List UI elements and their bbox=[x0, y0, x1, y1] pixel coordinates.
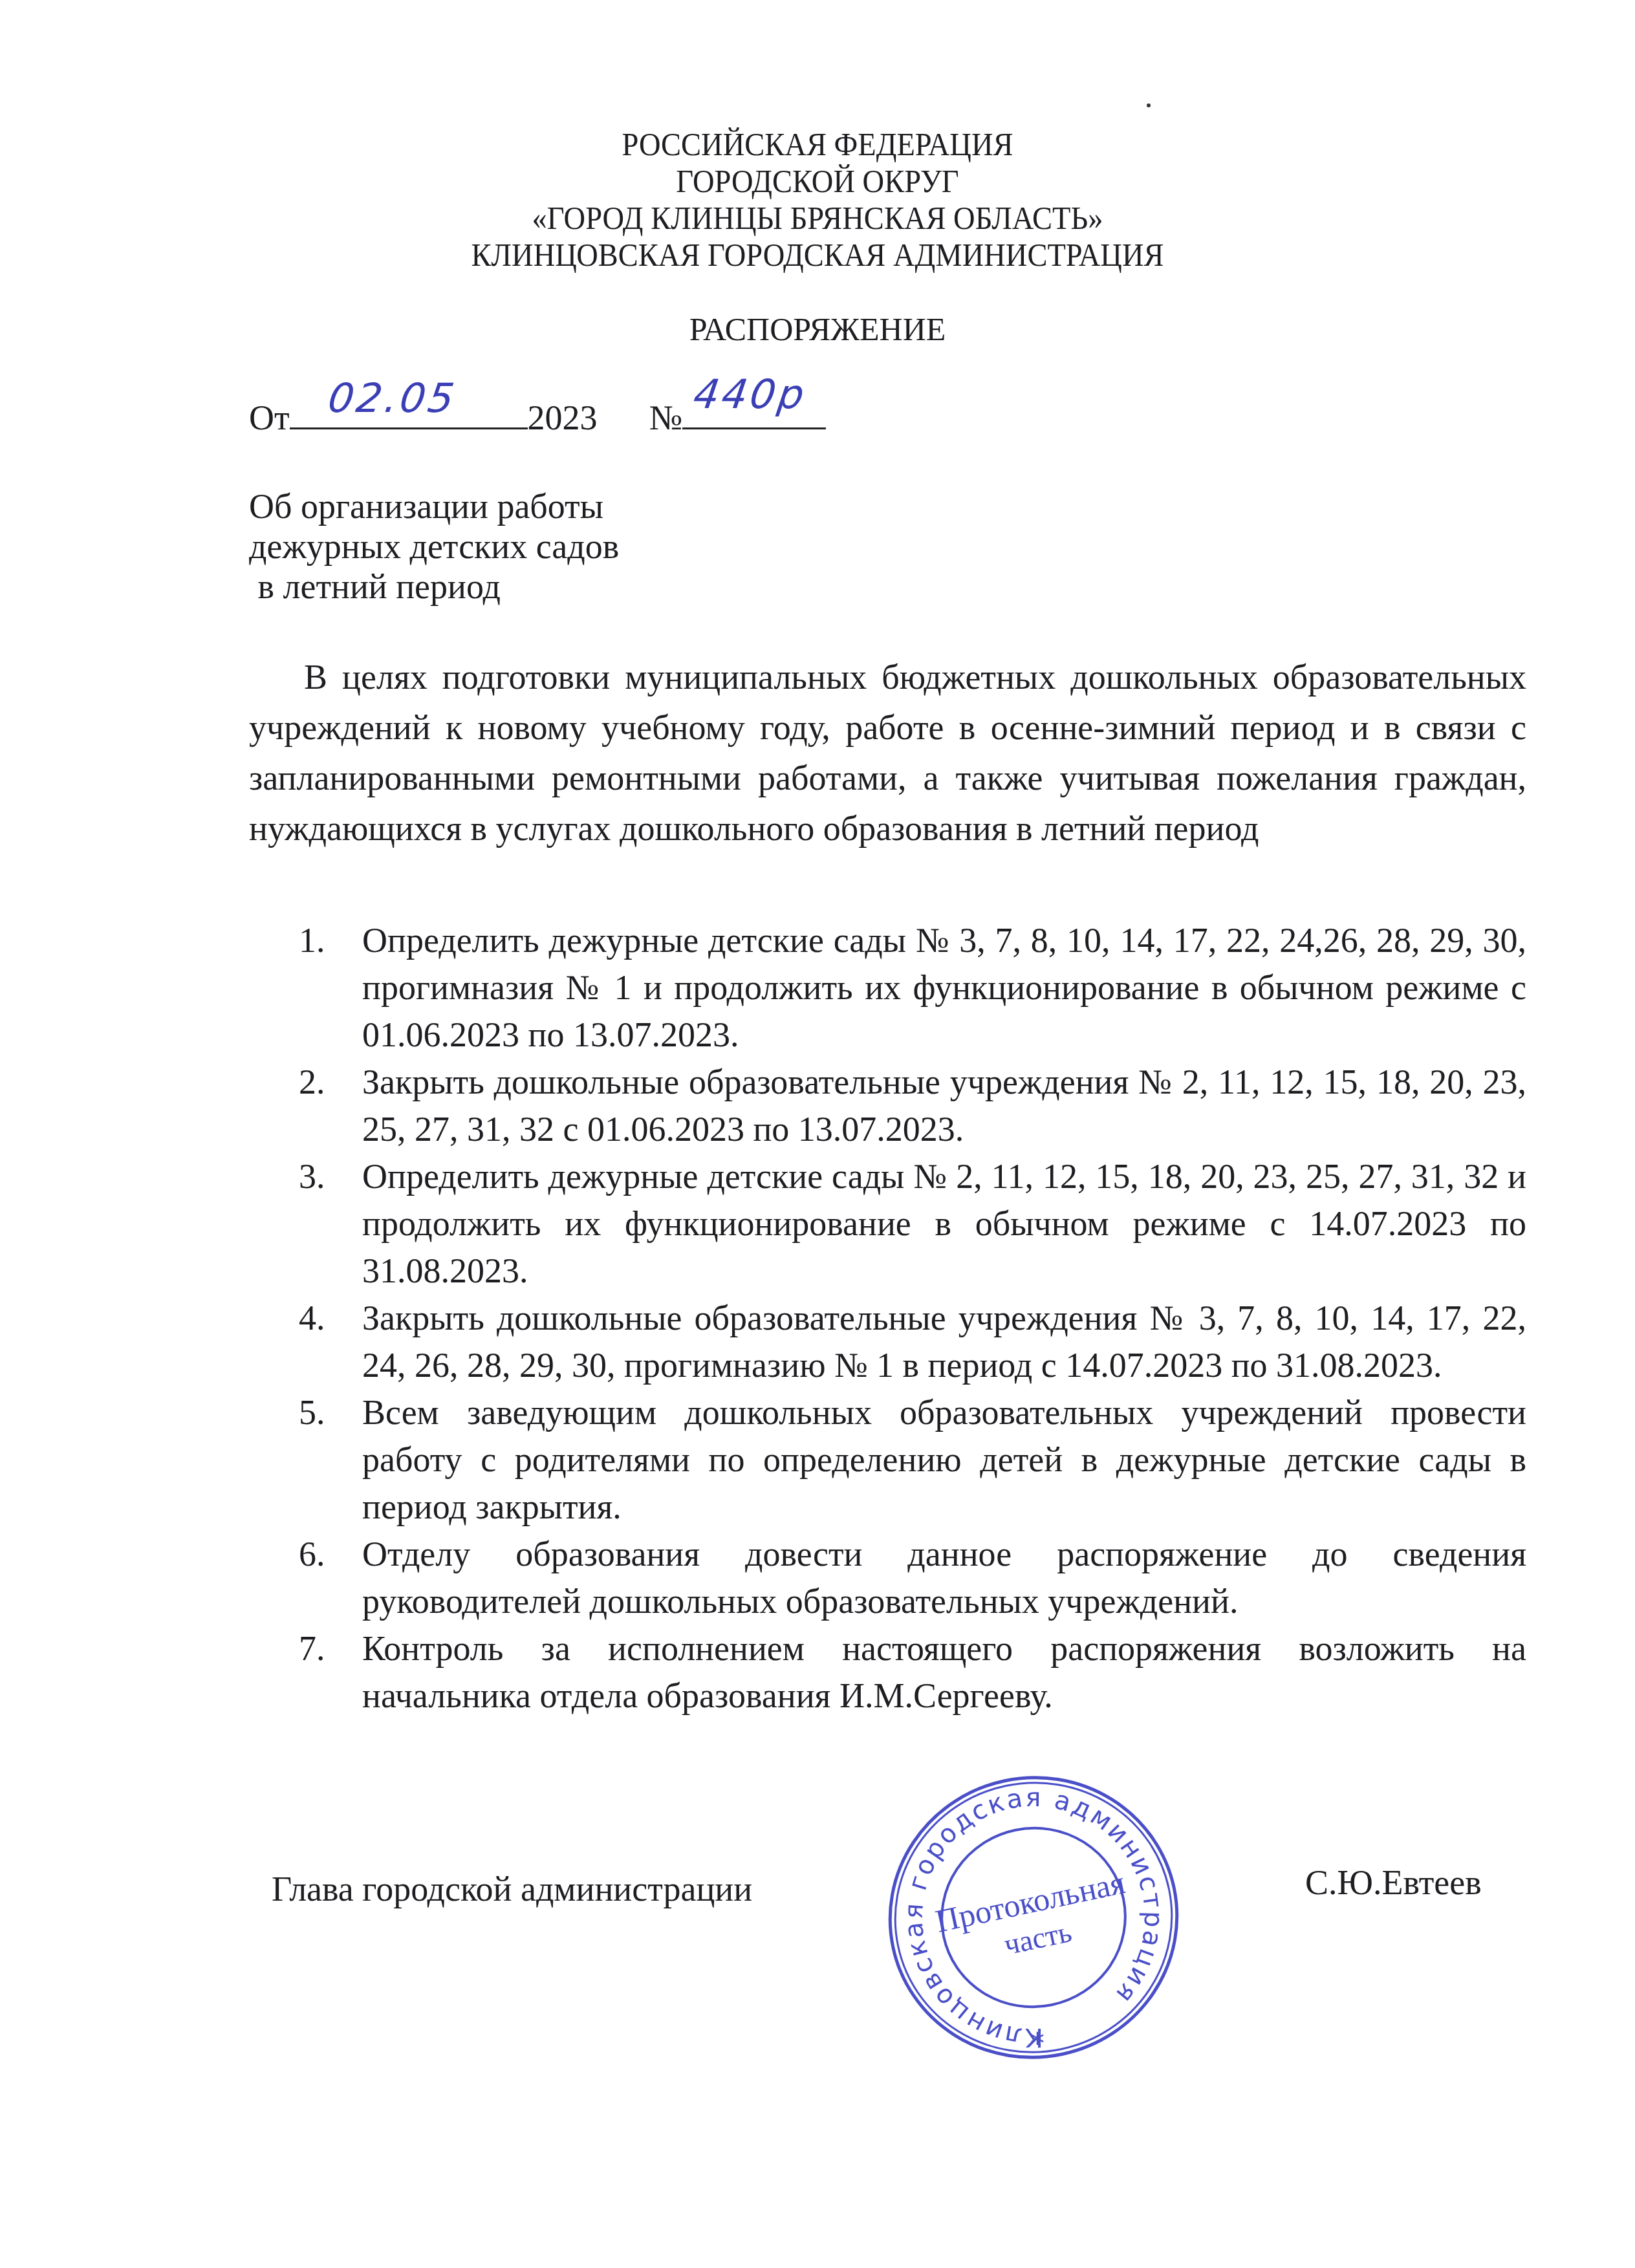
item-number: 3. bbox=[299, 1153, 325, 1200]
number-blank: 440р bbox=[682, 391, 826, 429]
number-label: № bbox=[649, 398, 683, 437]
item-number: 5. bbox=[299, 1389, 325, 1436]
header-line-city: «ГОРОД КЛИНЦЫ БРЯНСКАЯ ОБЛАСТЬ» bbox=[57, 200, 1577, 237]
document-type-title: РАСПОРЯЖЕНИЕ bbox=[0, 310, 1635, 348]
order-item: 7.Контроль за исполнением настоящего рас… bbox=[362, 1625, 1526, 1720]
issuer-header: РОССИЙСКАЯ ФЕДЕРАЦИЯ ГОРОДСКОЙ ОКРУГ «ГО… bbox=[0, 126, 1635, 274]
order-item: 2.Закрыть дошкольные образовательные учр… bbox=[362, 1059, 1526, 1153]
order-item: 3.Определить дежурные детские сады № 2, … bbox=[362, 1153, 1526, 1295]
scan-speck bbox=[1147, 103, 1151, 107]
order-item: 4.Закрыть дошкольные образовательные учр… bbox=[362, 1295, 1526, 1389]
item-text: Контроль за исполнением настоящего распо… bbox=[362, 1629, 1526, 1715]
item-text: Закрыть дошкольные образовательные учреж… bbox=[362, 1063, 1526, 1149]
order-item: 6.Отделу образования довести данное расп… bbox=[362, 1531, 1526, 1625]
item-text: Определить дежурные детские сады № 2, 11… bbox=[362, 1157, 1526, 1290]
item-number: 4. bbox=[299, 1295, 325, 1342]
header-line-administration: КЛИНЦОВСКАЯ ГОРОДСКАЯ АДМИНИСТРАЦИЯ bbox=[57, 237, 1577, 274]
handwritten-number: 440р bbox=[691, 372, 810, 417]
item-text: Всем заведующим дошкольных образовательн… bbox=[362, 1393, 1526, 1526]
order-items-list: 1.Определить дежурные детские сады № 3, … bbox=[291, 917, 1526, 1720]
item-number: 6. bbox=[299, 1531, 325, 1578]
item-number: 7. bbox=[299, 1625, 325, 1672]
official-stamp: Клинцовская городская администрация Прот… bbox=[885, 1769, 1182, 2066]
item-number: 1. bbox=[299, 917, 325, 964]
header-line-district: ГОРОДСКОЙ ОКРУГ bbox=[57, 163, 1577, 200]
order-item: 5.Всем заведующим дошкольных образовател… bbox=[362, 1389, 1526, 1531]
date-number-line: От02.052023№440р bbox=[249, 391, 826, 440]
item-text: Определить дежурные детские сады № 3, 7,… bbox=[362, 921, 1526, 1054]
item-text: Отделу образования довести данное распор… bbox=[362, 1535, 1526, 1621]
date-blank: 02.05 bbox=[290, 391, 528, 429]
header-line-country: РОССИЙСКАЯ ФЕДЕРАЦИЯ bbox=[57, 126, 1577, 163]
subject-line: в летний период bbox=[249, 567, 619, 607]
stamp-seal-icon: Клинцовская городская администрация Прот… bbox=[885, 1769, 1182, 2066]
signatory-title: Глава городской администрации bbox=[272, 1869, 752, 1909]
order-subject: Об организации работы дежурных детских с… bbox=[249, 486, 619, 607]
item-text: Закрыть дошкольные образовательные учреж… bbox=[362, 1299, 1526, 1385]
signatory-name: С.Ю.Евтеев bbox=[1305, 1863, 1482, 1903]
preamble-paragraph: В целях подготовки муниципальных бюджетн… bbox=[249, 652, 1526, 854]
subject-line: Об организации работы bbox=[249, 486, 619, 526]
handwritten-date: 02.05 bbox=[325, 376, 459, 421]
year-label: 2023 bbox=[528, 398, 598, 437]
from-label: От bbox=[249, 398, 290, 437]
order-item: 1.Определить дежурные детские сады № 3, … bbox=[362, 917, 1526, 1059]
subject-line: дежурных детских садов bbox=[249, 526, 619, 567]
item-number: 2. bbox=[299, 1059, 325, 1106]
stamp-star-icon: * bbox=[1030, 2027, 1045, 2060]
